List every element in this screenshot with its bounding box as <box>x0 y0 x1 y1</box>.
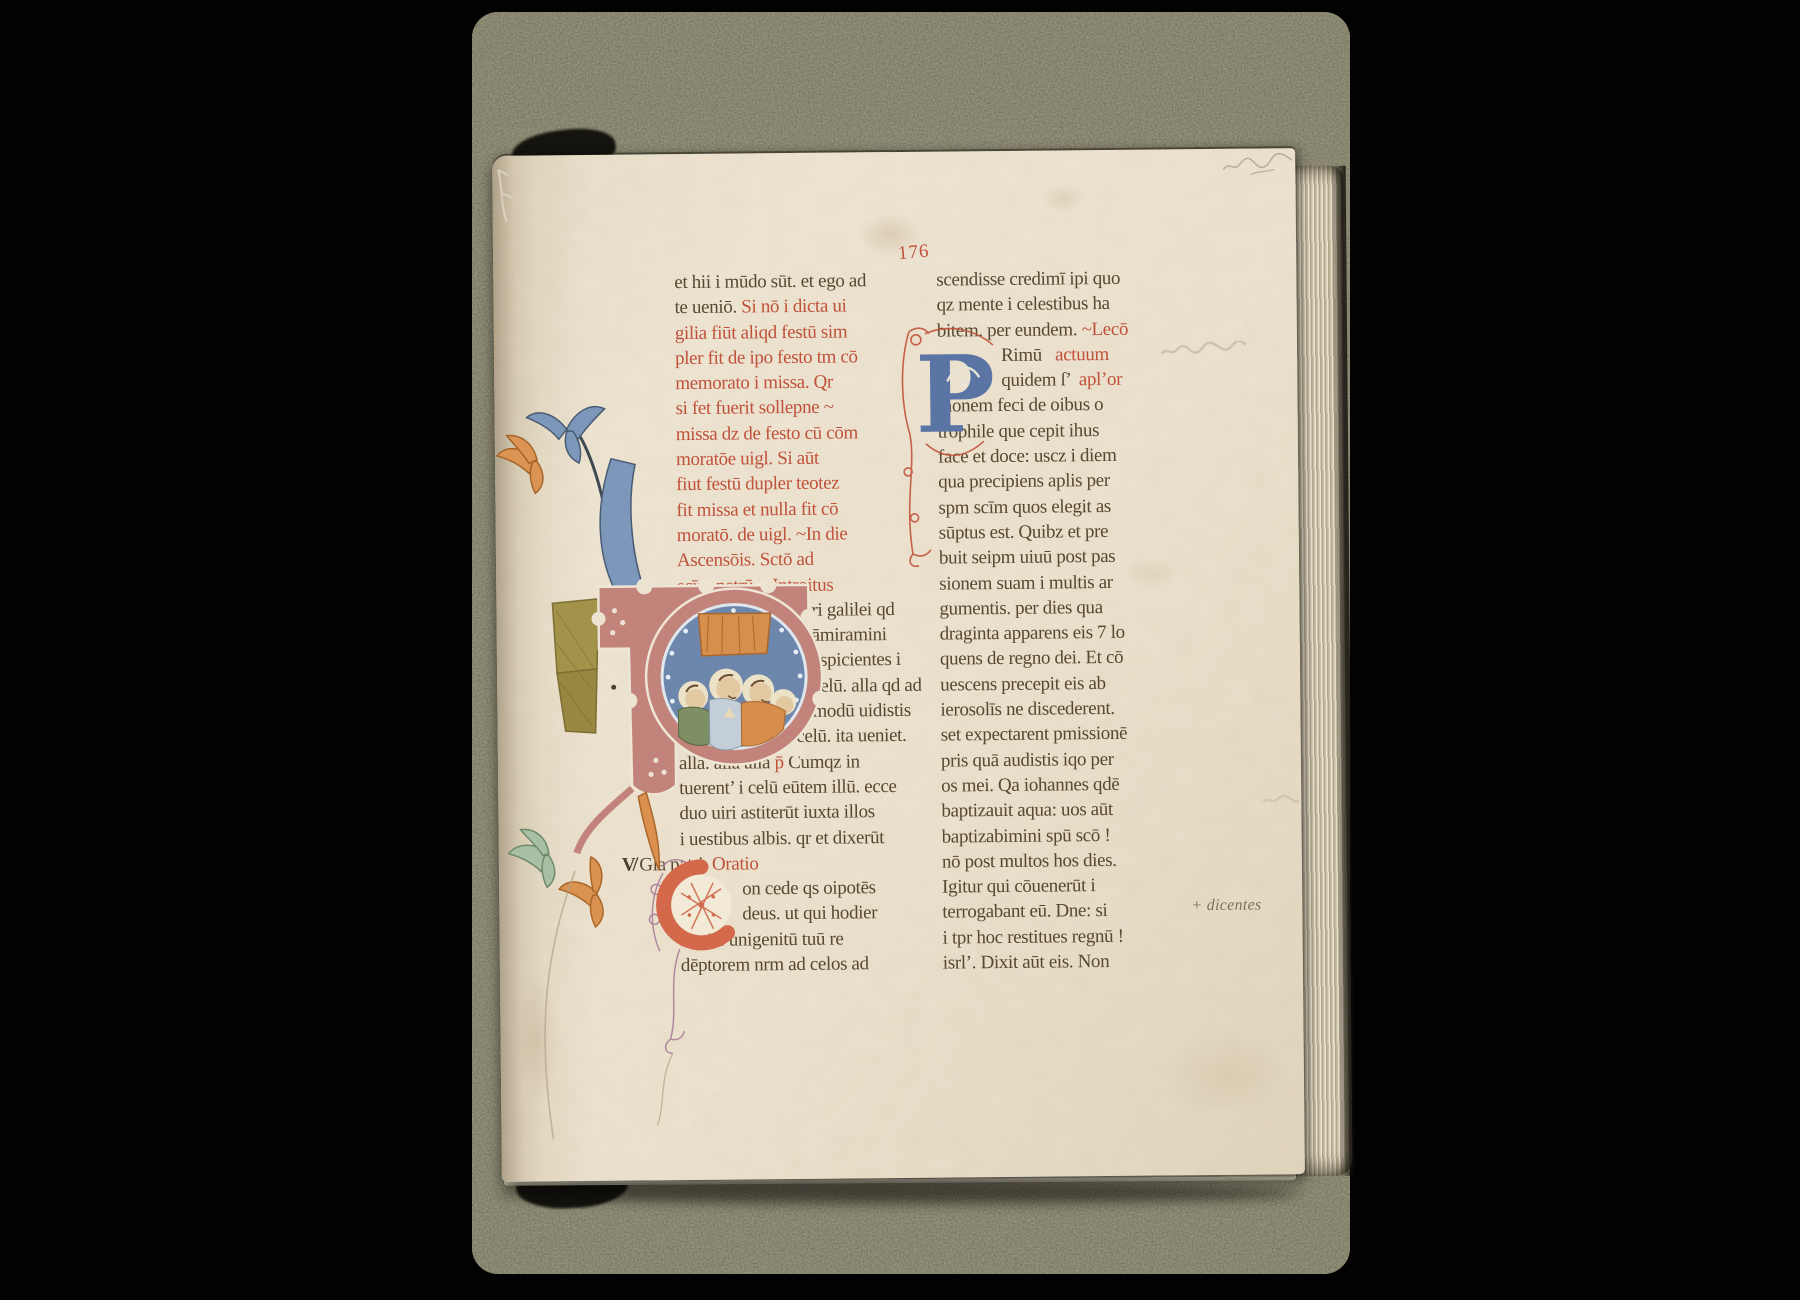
teal-leaf-icon <box>509 829 555 888</box>
initial-c <box>647 856 765 1127</box>
text-line: modū uidistis <box>812 698 928 724</box>
text-line: āmiramini <box>812 622 928 648</box>
margin-note: + dicentes <box>1191 897 1261 916</box>
book-shadow <box>500 1182 1300 1204</box>
text-line: pris quā audistis iqo per <box>941 746 1157 773</box>
text-line: celū. alla qd ad <box>812 672 928 698</box>
text-line: Igitur qui cōuenerūt i <box>942 873 1158 900</box>
blue-leaf-icon <box>527 407 606 464</box>
text-line: gumentis. per dies qua <box>939 594 1155 621</box>
text-line: ierosolīs ne discederent. <box>940 696 1156 723</box>
manuscript-photo: 176 et hii i mūdo sūt. et ego adte ueniō… <box>0 0 1800 1300</box>
orange-leaf-icon <box>559 857 603 927</box>
text-line: set expectarent pmissionē <box>941 721 1157 748</box>
text-line: quens de regno dei. Et cō <box>940 645 1156 672</box>
text-line: os mei. Qa iohannes qdē <box>941 771 1157 798</box>
text-line: memorato i missa. Qr <box>675 369 925 397</box>
text-line: uescens precepit eis ab <box>940 670 1156 697</box>
show-through-text <box>1158 341 1250 362</box>
text-line: aspicientes i <box>812 647 928 673</box>
binding-thread <box>488 163 535 227</box>
ascending-garment <box>699 613 771 656</box>
text-line: baptizabimini spū scō ! <box>942 822 1158 849</box>
text-line: et hii i mūdo sūt. et ego ad <box>674 268 924 296</box>
parchment-page: 176 et hii i mūdo sūt. et ego adte ueniō… <box>492 148 1305 1182</box>
stain <box>1040 184 1084 212</box>
text-line: nō post multos hos dies. <box>942 847 1158 874</box>
text-line: quidem ſ’ apl’or <box>1001 367 1153 394</box>
text-line: qz mente i celestibus ha <box>936 291 1152 318</box>
text-line: ri galilei qd <box>811 597 927 623</box>
text-line: i tpr hoc restitues regnū ! <box>943 923 1159 950</box>
folio-number: 176 <box>897 241 930 265</box>
orange-leaf-icon <box>497 435 543 494</box>
text-line: baptizauit aqua: uos aūt <box>941 797 1157 824</box>
text-line: gilia fiūt aliqd festū sim <box>675 318 925 346</box>
text-line: isrl’. Dixit aūt eis. Non <box>943 949 1159 976</box>
svg-text:P: P <box>915 331 996 457</box>
text-line: scendisse credimī ipi quo <box>936 266 1152 293</box>
text-line: te ueniō. Si nō i dicta ui <box>674 293 924 321</box>
stain <box>1161 1028 1292 1119</box>
text-line: draginta apparens eis 7 lo <box>940 620 1156 647</box>
initial-p: P <box>895 321 1009 572</box>
text-line: pler fit de ipo festo tm cō <box>675 344 925 372</box>
text-line: terrogabant eū. Dne: si <box>942 898 1158 925</box>
show-through-mark <box>1260 792 1300 808</box>
text-line: sionem suam i multis ar <box>939 569 1155 596</box>
corner-inscription <box>1220 150 1298 179</box>
text-line: Rimū actuum <box>1001 341 1153 368</box>
